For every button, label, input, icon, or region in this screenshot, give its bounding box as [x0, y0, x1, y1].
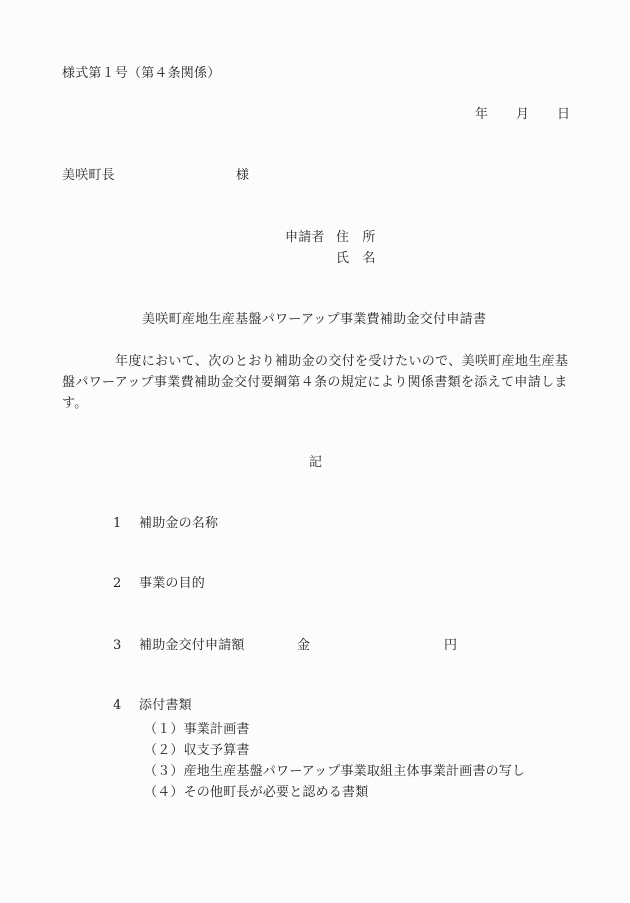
item-label: 事業の目的 — [139, 576, 205, 591]
item-number: 1 — [113, 517, 139, 530]
item-label: 補助金交付申請額 — [139, 638, 245, 653]
addressee-name: 美咲町長 — [62, 169, 115, 182]
body-paragraph: 年度において、次のとおり補助金の交付を受けたいので、美咲町産地生産基盤パワーアッ… — [62, 351, 572, 414]
item-label: 添付書類 — [139, 698, 192, 713]
addressee-honorific: 様 — [236, 169, 249, 182]
item-number: 3 — [113, 639, 139, 652]
ki-label: 記 — [309, 456, 322, 469]
item-1: 1補助金の名称 — [113, 517, 218, 530]
item-number: 4 — [113, 699, 139, 712]
month-label: 月 — [516, 108, 529, 121]
item-4: 4添付書類 — [113, 699, 192, 712]
amount-suffix: 円 — [444, 639, 457, 652]
form-number: 様式第１号（第４条関係） — [62, 67, 220, 80]
item-2: 2事業の目的 — [113, 577, 205, 590]
attachment-item: （４）その他町長が必要と認める書類 — [144, 782, 525, 803]
day-label: 日 — [557, 108, 570, 121]
attachment-item: （３）産地生産基盤パワーアップ事業取組主体事業計画書の写し — [144, 761, 525, 782]
applicant-label: 申請者 — [285, 231, 325, 244]
address-label: 住 所 — [336, 231, 376, 244]
document-title: 美咲町産地生産基盤パワーアップ事業費補助金交付申請書 — [142, 313, 486, 326]
year-label: 年 — [475, 108, 488, 121]
attachment-list: （１）事業計画書 （２）収支予算書 （３）産地生産基盤パワーアップ事業取組主体事… — [144, 719, 525, 803]
name-label: 氏 名 — [336, 252, 376, 265]
item-number: 2 — [113, 577, 139, 590]
attachment-item: （２）収支予算書 — [144, 740, 525, 761]
attachment-item: （１）事業計画書 — [144, 719, 525, 740]
item-label: 補助金の名称 — [139, 516, 218, 531]
amount-prefix: 金 — [297, 639, 310, 652]
